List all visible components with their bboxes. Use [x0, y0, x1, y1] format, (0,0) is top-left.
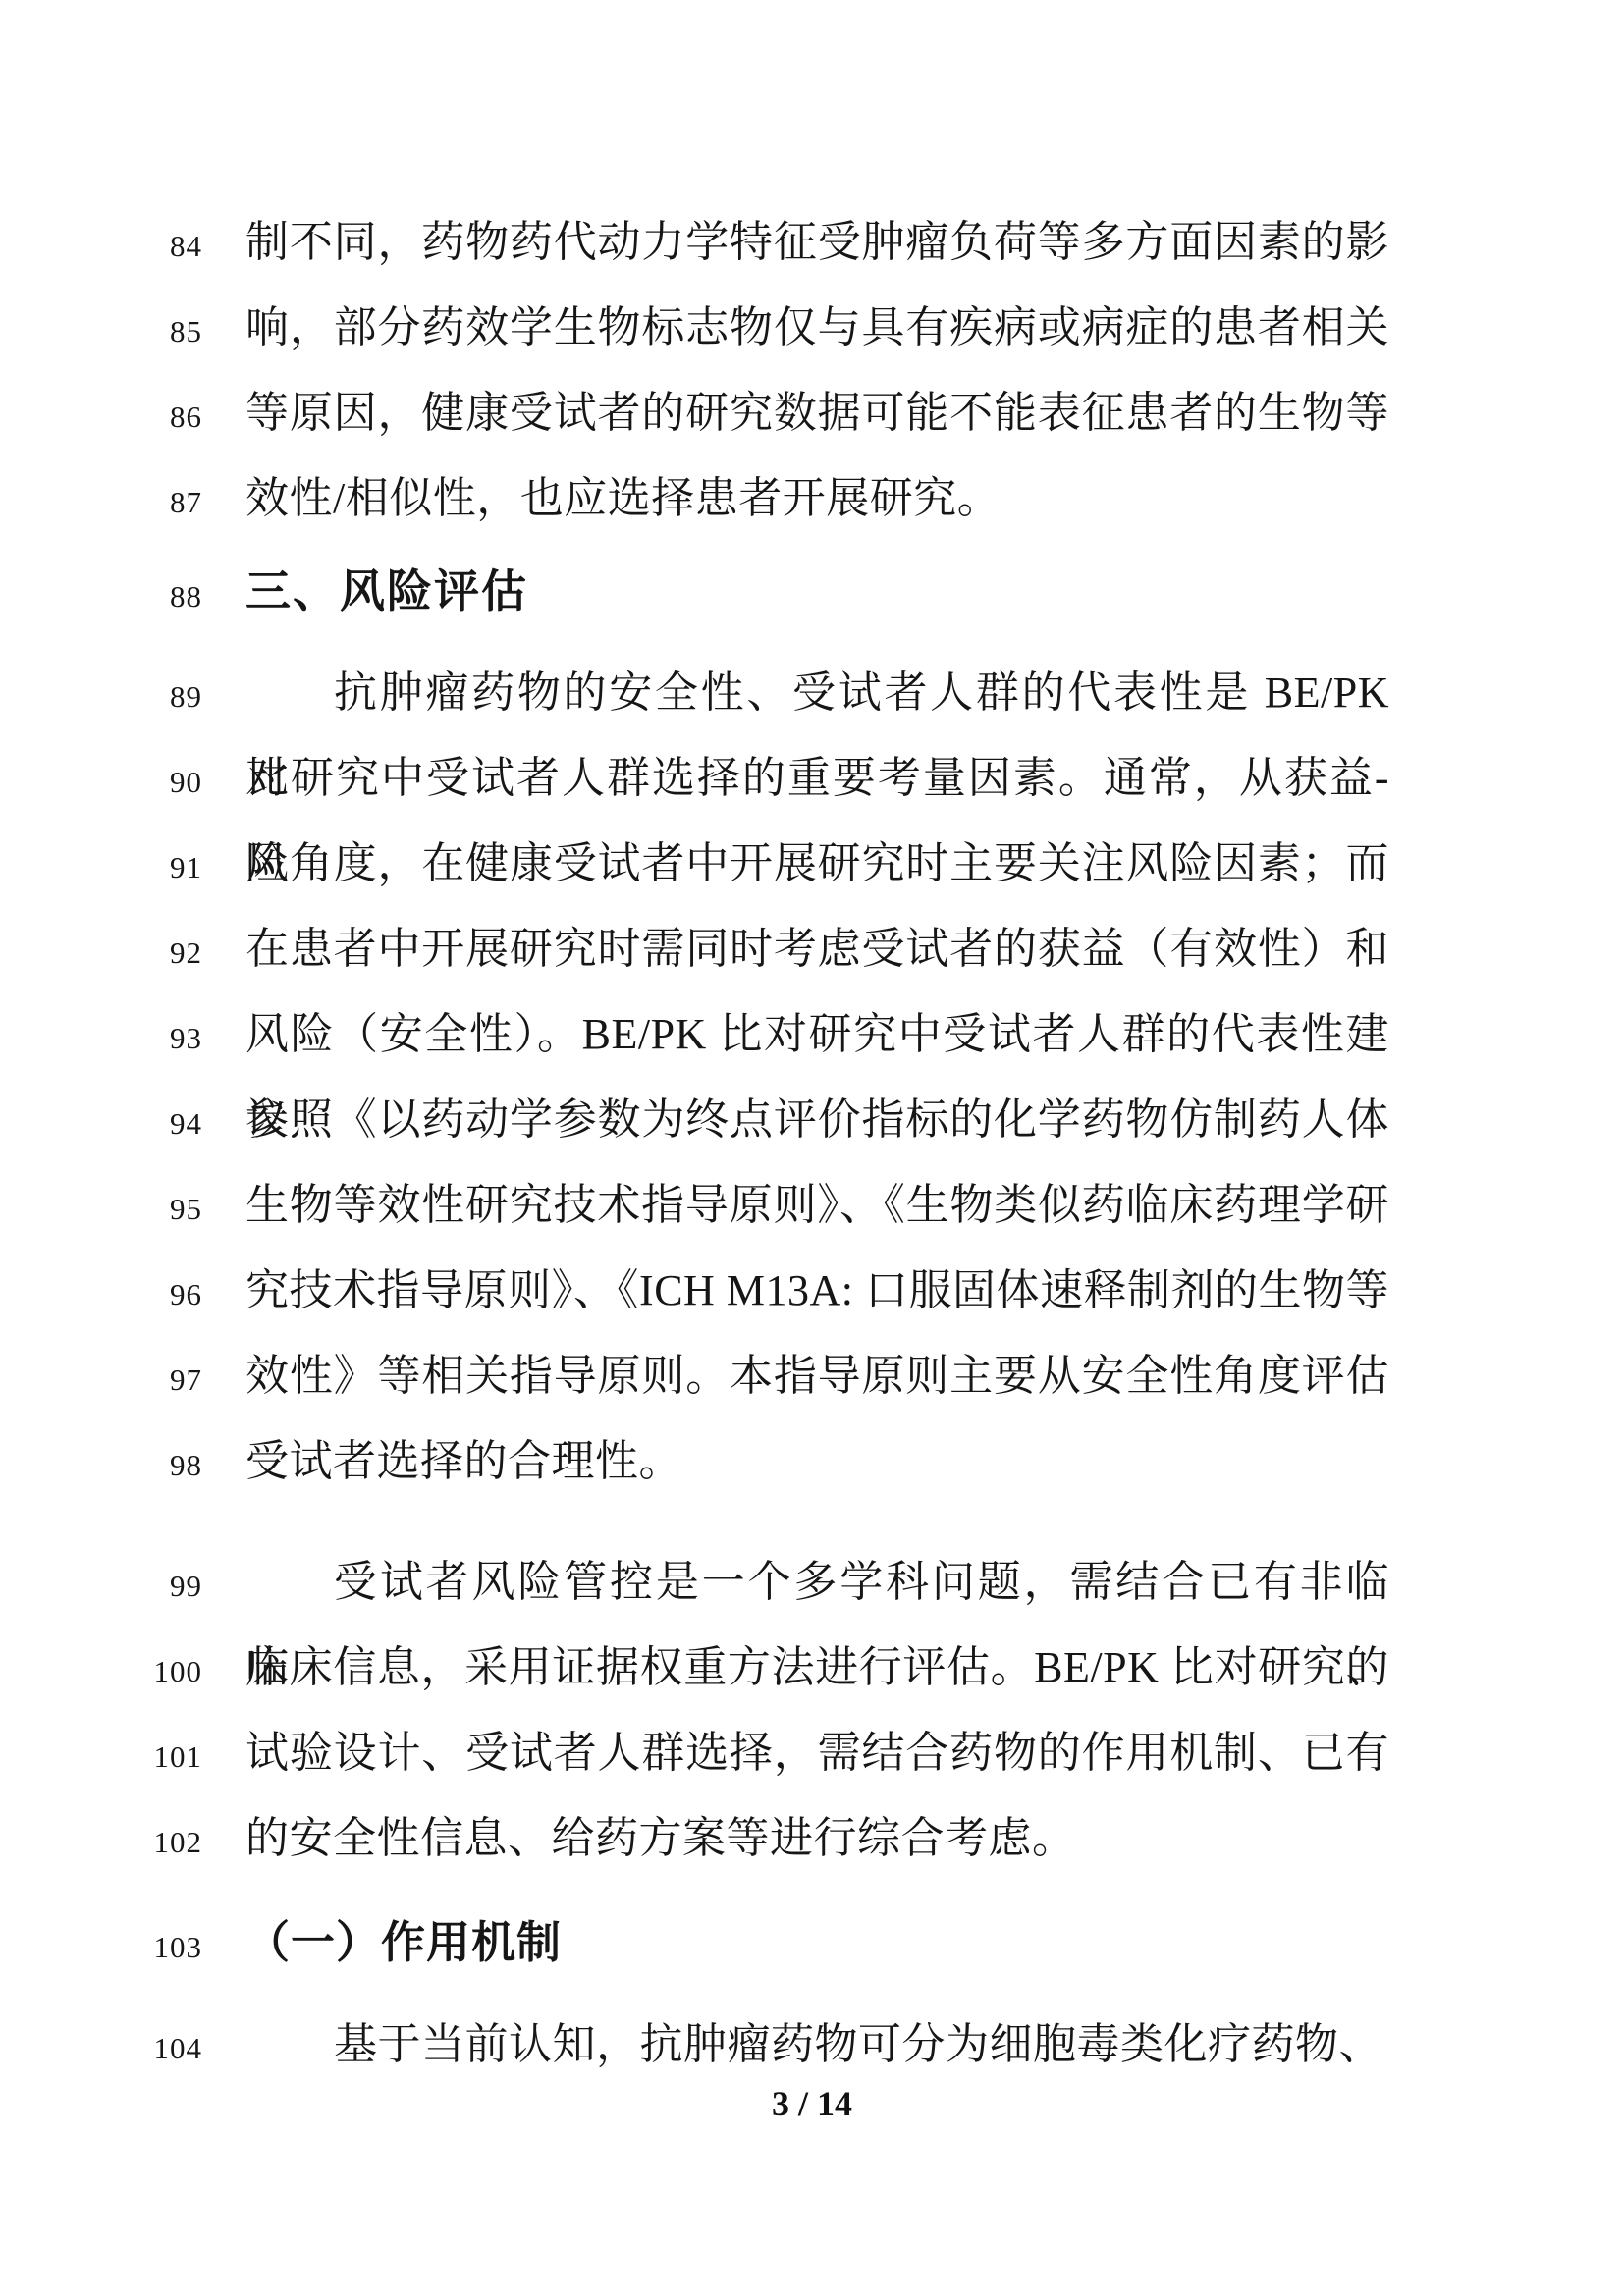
document-line: 91险角度，在健康受试者中开展研究时主要关注风险因素；而: [0, 821, 1624, 906]
line-text: 的安全性信息、给药方案等进行综合考虑。: [245, 1795, 1389, 1881]
line-text: 效性/相似性，也应选择患者开展研究。: [245, 455, 1389, 541]
document-line: 86等原因，健康受试者的研究数据可能不能表征患者的生物等: [0, 370, 1624, 455]
line-number: 103: [0, 1904, 202, 1990]
document-line: 98受试者选择的合理性。: [0, 1418, 1624, 1504]
document-line: 101试验设计、受试者人群选择，需结合药物的作用机制、已有: [0, 1710, 1624, 1795]
document-line: 85响，部分药效学生物标志物仅与具有疾病或病症的患者相关: [0, 285, 1624, 370]
line-number: 87: [0, 459, 202, 545]
line-number: 99: [0, 1543, 202, 1629]
line-text: 制不同，药物药代动力学特征受肿瘤负荷等多方面因素的影: [245, 199, 1389, 285]
line-number: 92: [0, 910, 202, 995]
document-line: 90对研究中受试者人群选择的重要考量因素。通常，从获益-风: [0, 735, 1624, 821]
line-text: 基于当前认知，抗肿瘤药物可分为细胞毒类化疗药物、: [245, 2002, 1389, 2087]
line-number: 86: [0, 374, 202, 459]
document-line: 84制不同，药物药代动力学特征受肿瘤负荷等多方面因素的影: [0, 199, 1624, 285]
line-text: 险角度，在健康受试者中开展研究时主要关注风险因素；而: [245, 821, 1389, 906]
line-text: 试验设计、受试者人群选择，需结合药物的作用机制、已有: [245, 1710, 1389, 1795]
line-text: 在患者中开展研究时需同时考虑受试者的获益（有效性）和: [245, 906, 1389, 991]
document-line: 94参照《以药动学参数为终点评价指标的化学药物仿制药人体: [0, 1077, 1624, 1162]
document-line: 103（一）作用机制: [0, 1900, 1624, 1986]
line-text: （一）作用机制: [245, 1900, 1389, 1986]
line-number: 88: [0, 554, 202, 639]
line-number: 89: [0, 654, 202, 739]
document-line: 92在患者中开展研究时需同时考虑受试者的获益（有效性）和: [0, 906, 1624, 991]
line-number: 98: [0, 1422, 202, 1508]
line-number: 101: [0, 1714, 202, 1799]
line-number: 84: [0, 203, 202, 289]
line-number: 91: [0, 825, 202, 910]
line-text: 等原因，健康受试者的研究数据可能不能表征患者的生物等: [245, 370, 1389, 455]
line-number: 96: [0, 1252, 202, 1337]
document-line: 93风险（安全性）。BE/PK 比对研究中受试者人群的代表性建议: [0, 991, 1624, 1077]
document-line: 99受试者风险管控是一个多学科问题，需结合已有非临床、: [0, 1539, 1624, 1625]
line-text: 究技术指导原则》、《ICH M13A: 口服固体速释制剂的生物等: [245, 1248, 1389, 1333]
line-number: 93: [0, 995, 202, 1081]
line-number: 104: [0, 2005, 202, 2091]
line-number: 90: [0, 739, 202, 825]
document-line: 102的安全性信息、给药方案等进行综合考虑。: [0, 1795, 1624, 1881]
document-line: 95生物等效性研究技术指导原则》、《生物类似药临床药理学研: [0, 1162, 1624, 1248]
line-number: 95: [0, 1166, 202, 1252]
document-page: 84制不同，药物药代动力学特征受肿瘤负荷等多方面因素的影85响，部分药效学生物标…: [0, 0, 1624, 2296]
document-line: 89抗肿瘤药物的安全性、受试者人群的代表性是 BE/PK 比: [0, 650, 1624, 735]
document-body: 84制不同，药物药代动力学特征受肿瘤负荷等多方面因素的影85响，部分药效学生物标…: [0, 199, 1624, 2087]
line-text: 临床信息，采用证据权重方法进行评估。BE/PK 比对研究的: [245, 1625, 1389, 1710]
line-text: 受试者选择的合理性。: [245, 1418, 1389, 1504]
line-text: 参照《以药动学参数为终点评价指标的化学药物仿制药人体: [245, 1077, 1389, 1162]
page-number: 3 / 14: [0, 2079, 1624, 2128]
line-text: 响，部分药效学生物标志物仅与具有疾病或病症的患者相关: [245, 285, 1389, 370]
line-number: 100: [0, 1629, 202, 1714]
line-number: 85: [0, 289, 202, 374]
document-line: 96究技术指导原则》、《ICH M13A: 口服固体速释制剂的生物等: [0, 1248, 1624, 1333]
document-line: 87效性/相似性，也应选择患者开展研究。: [0, 455, 1624, 541]
line-text: 效性》等相关指导原则。本指导原则主要从安全性角度评估: [245, 1333, 1389, 1418]
line-number: 97: [0, 1337, 202, 1422]
line-number: 102: [0, 1799, 202, 1885]
document-line: 97效性》等相关指导原则。本指导原则主要从安全性角度评估: [0, 1333, 1624, 1418]
document-line: 88三、风险评估: [0, 549, 1624, 634]
document-line: 100临床信息，采用证据权重方法进行评估。BE/PK 比对研究的: [0, 1625, 1624, 1710]
line-text: 三、风险评估: [245, 549, 1389, 634]
document-line: 104基于当前认知，抗肿瘤药物可分为细胞毒类化疗药物、: [0, 2002, 1624, 2087]
line-text: 生物等效性研究技术指导原则》、《生物类似药临床药理学研: [245, 1162, 1389, 1248]
line-number: 94: [0, 1081, 202, 1166]
